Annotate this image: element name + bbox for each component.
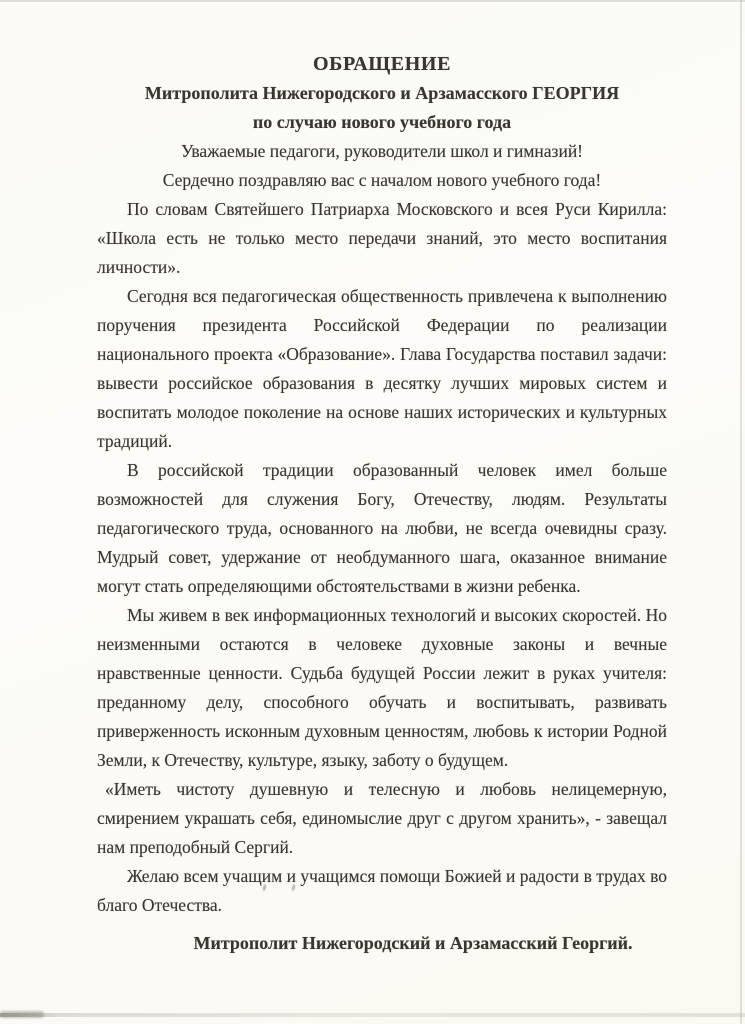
scan-edge-top bbox=[0, 0, 745, 2]
paragraph-russian-tradition: В российской традиции образованный челов… bbox=[97, 456, 667, 601]
document-title: ОБРАЩЕНИЕ bbox=[97, 50, 667, 79]
paragraph-national-project: Сегодня вся педагогическая общественност… bbox=[97, 282, 667, 456]
signature-line: Митрополит Нижегородский и Арзамасский Г… bbox=[97, 929, 667, 958]
scan-edge-right bbox=[740, 0, 742, 1024]
paragraph-sergius-quote: «Иметь чистоту душевную и телесную и люб… bbox=[97, 775, 667, 862]
greeting-line-addressees: Уважаемые педагоги, руководители школ и … bbox=[97, 137, 667, 166]
scanned-document-page: ОБРАЩЕНИЕ Митрополита Нижегородского и А… bbox=[0, 0, 745, 1024]
paragraph-wish: Желаю всем учащим и учащимся помощи Божи… bbox=[97, 862, 667, 920]
document-content: ОБРАЩЕНИЕ Митрополита Нижегородского и А… bbox=[97, 50, 667, 958]
document-subtitle-occasion: по случаю нового учебного года bbox=[97, 108, 667, 137]
document-subtitle-author: Митрополита Нижегородского и Арзамасског… bbox=[97, 79, 667, 108]
paragraph-patriarch-quote: По словам Святейшего Патриарха Московско… bbox=[97, 195, 667, 282]
scan-edge-bottom bbox=[0, 1013, 745, 1017]
paragraph-information-age: Мы живем в век информационных технологий… bbox=[97, 601, 667, 775]
greeting-line-congratulation: Сердечно поздравляю вас с началом нового… bbox=[97, 166, 667, 195]
